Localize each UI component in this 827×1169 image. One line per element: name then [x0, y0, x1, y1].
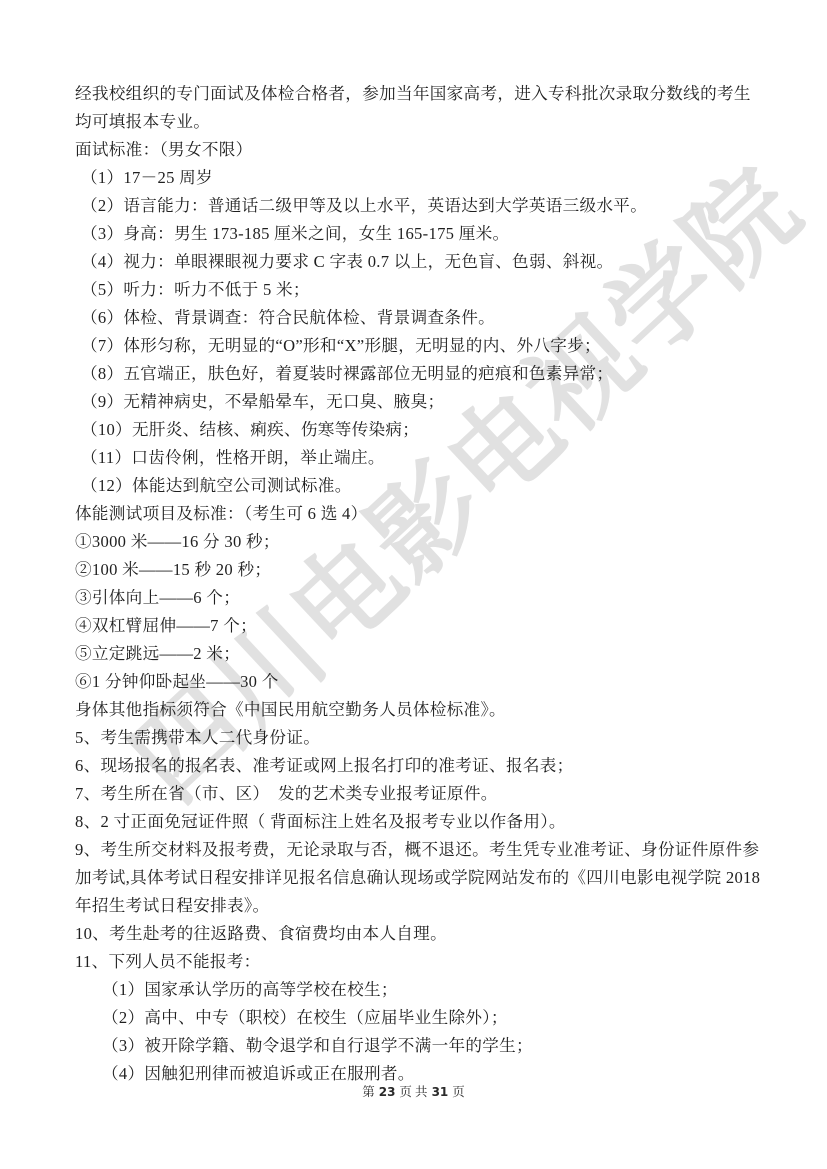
text-line: 7、考生所在省（市、区） 发的艺术类专业报考证原件。 — [75, 780, 765, 808]
text-line: ⑥1 分钟仰卧起坐——30 个 — [75, 668, 765, 696]
text-line: （12）体能达到航空公司测试标准。 — [75, 472, 765, 500]
text-line: （3）身高：男生 173-185 厘米之间，女生 165-175 厘米。 — [75, 220, 765, 248]
text-line: （2）语言能力：普通话二级甲等及以上水平，英语达到大学英语三级水平。 — [75, 192, 765, 220]
text-line: 经我校组织的专门面试及体检合格者，参加当年国家高考，进入专科批次录取分数线的考生 — [75, 80, 765, 108]
text-line: （7）体形匀称，无明显的“O”形和“X”形腿，无明显的内、外八字步； — [75, 332, 765, 360]
text-line: 6、现场报名的报名表、准考证或网上报名打印的准考证、报名表； — [75, 752, 765, 780]
text-line: 加考试,具体考试日程安排详见报名信息确认现场或学院网站发布的《四川电影电视学院 … — [75, 864, 765, 892]
text-line: 体能测试项目及标准：（考生可 6 选 4） — [75, 500, 765, 528]
text-line: 均可填报本专业。 — [75, 108, 765, 136]
text-line: ④双杠臂屈伸——7 个； — [75, 612, 765, 640]
text-line: ①3000 米——16 分 30 秒； — [75, 528, 765, 556]
text-line: 面试标准：（男女不限） — [75, 136, 765, 164]
text-line: （3）被开除学籍、勒令退学和自行退学不满一年的学生； — [75, 1032, 765, 1060]
current-page-number: 23 — [379, 1085, 396, 1099]
text-line: （6）体检、背景调查：符合民航体检、背景调查条件。 — [75, 304, 765, 332]
document-body: 经我校组织的专门面试及体检合格者，参加当年国家高考，进入专科批次录取分数线的考生… — [75, 80, 765, 1088]
text-line: （9）无精神病史，不晕船晕车，无口臭、腋臭； — [75, 388, 765, 416]
text-line: 8、2 寸正面免冠证件照（ 背面标注上姓名及报考专业以作备用）。 — [75, 808, 765, 836]
document-page: 四川电影电视学院 经我校组织的专门面试及体检合格者，参加当年国家高考，进入专科批… — [0, 0, 827, 1169]
text-line: （1）17－25 周岁 — [75, 164, 765, 192]
text-line: 年招生考试日程安排表》。 — [75, 892, 765, 920]
text-line: （10）无肝炎、结核、痢疾、伤寒等传染病； — [75, 416, 765, 444]
text-line: ⑤立定跳远——2 米； — [75, 640, 765, 668]
footer-suffix: 页 — [452, 1085, 465, 1099]
text-line: （4）视力：单眼裸眼视力要求 C 字表 0.7 以上，无色盲、色弱、斜视。 — [75, 248, 765, 276]
text-line: 9、考生所交材料及报考费，无论录取与否，概不退还。考生凭专业准考证、身份证件原件… — [75, 836, 765, 864]
text-line: （2）高中、中专（职校）在校生（应届毕业生除外）； — [75, 1004, 765, 1032]
text-line: ②100 米——15 秒 20 秒； — [75, 556, 765, 584]
text-line: （11）口齿伶俐，性格开朗，举止端庄。 — [75, 444, 765, 472]
footer-prefix: 第 — [362, 1085, 375, 1099]
text-line: （1）国家承认学历的高等学校在校生； — [75, 976, 765, 1004]
page-footer: 第23页 共31页 — [0, 1082, 827, 1100]
text-line: ③引体向上——6 个； — [75, 584, 765, 612]
text-line: 身体其他指标须符合《中国民用航空勤务人员体检标准》。 — [75, 696, 765, 724]
text-line: （5）听力：听力不低于 5 米； — [75, 276, 765, 304]
text-line: 10、考生赴考的往返路费、食宿费均由本人自理。 — [75, 920, 765, 948]
text-line: 11、下列人员不能报考： — [75, 948, 765, 976]
total-page-count: 31 — [432, 1085, 449, 1099]
text-line: （8）五官端正，肤色好，着夏装时裸露部位无明显的疤痕和色素异常； — [75, 360, 765, 388]
footer-middle: 页 共 — [399, 1085, 427, 1099]
text-line: 5、考生需携带本人二代身份证。 — [75, 724, 765, 752]
